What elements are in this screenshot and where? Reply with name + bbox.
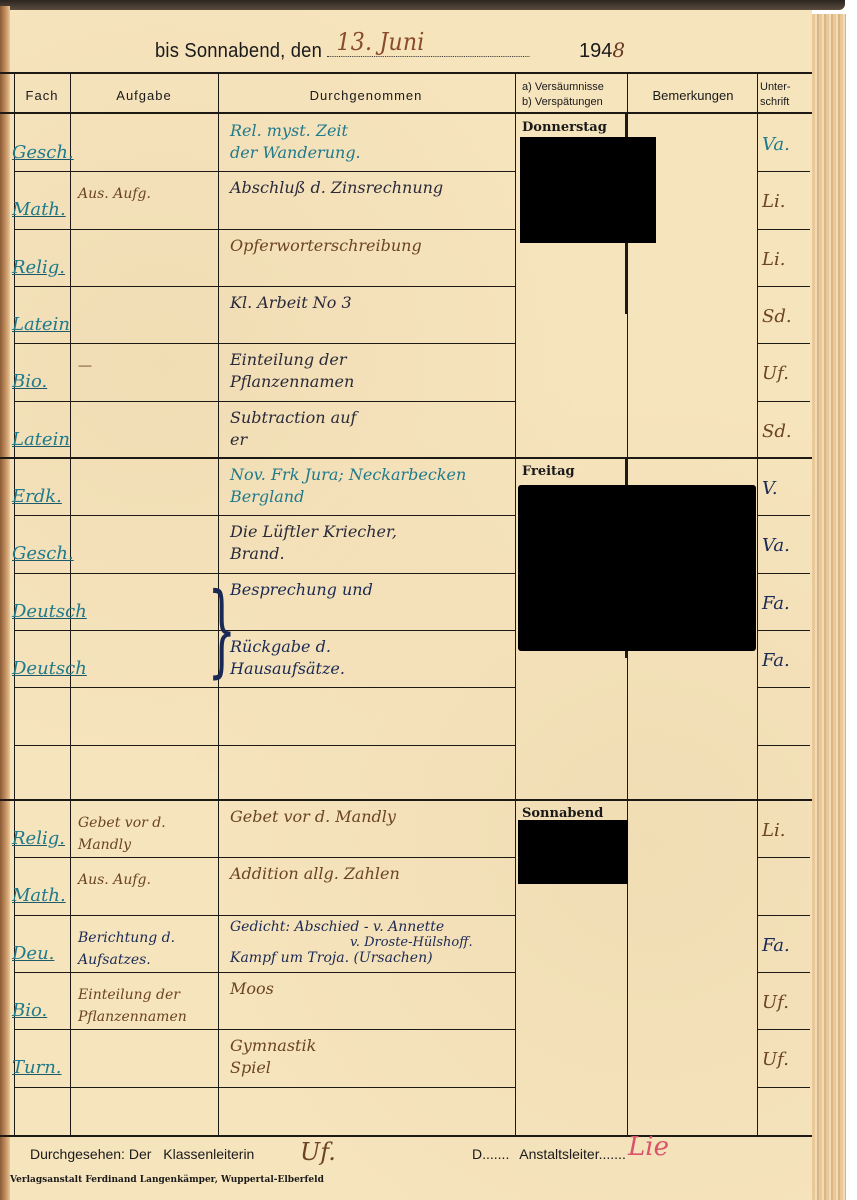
durchgenommen-cell: Gebet vor d. Mandly	[230, 806, 396, 828]
durchgenommen-cell: Moos	[230, 978, 274, 1000]
redacted-block	[520, 137, 656, 243]
signature-cell: Li.	[762, 191, 785, 212]
aufgabe-cell: Berichtung d. Aufsatzes.	[78, 927, 216, 971]
signature-cell: Uf.	[762, 363, 789, 384]
row-line	[757, 857, 810, 858]
redacted-block	[518, 820, 628, 884]
durchgenommen-line: Subtraction auf	[230, 407, 356, 429]
durchgenommen-line: Gedicht: Abschied - v. Annette	[230, 919, 473, 936]
durchgenommen-cell: Besprechung und	[230, 579, 373, 601]
durchgenommen-line: Rel. myst. Zeit	[230, 120, 361, 142]
subject-cell: Bio.	[12, 371, 82, 392]
row-line	[14, 1029, 515, 1030]
aufgabe-cell: —	[78, 355, 216, 377]
signature-cell: Fa.	[762, 935, 790, 956]
row-line	[14, 1087, 515, 1088]
col-header-aufgabe: Aufgabe	[70, 88, 218, 103]
year-field: 1948	[579, 38, 625, 63]
unterschrift-label-1: Unter-	[760, 80, 810, 95]
subject-cell: Latein	[12, 314, 82, 335]
signature-cell: Uf.	[762, 1049, 789, 1070]
book-binding	[0, 6, 10, 1200]
durchgenommen-cell: Addition allg. Zahlen	[230, 863, 400, 885]
durchgenommen-cell: Abschluß d. Zinsrechnung	[230, 177, 443, 199]
durchgenommen-cell: Gedicht: Abschied - v. Annettev. Droste-…	[230, 919, 473, 967]
day-divider	[0, 457, 812, 459]
col-header-bemerkungen: Bemerkungen	[628, 88, 758, 103]
year-handwritten: 8	[612, 38, 625, 62]
subject-cell: Math.	[12, 199, 82, 220]
signature-cell: Uf.	[762, 992, 789, 1013]
durchgenommen-line: Rückgabe d.	[230, 636, 345, 658]
row-line	[14, 745, 515, 746]
durchgenommen-cell: Nov. Frk Jura; NeckarbeckenBergland	[230, 464, 466, 508]
day-label-sonnabend: Sonnabend	[522, 806, 603, 821]
row-line	[14, 915, 515, 916]
book-cover-edge	[0, 0, 845, 10]
date-handwritten: 13. Juni	[337, 28, 425, 56]
anstaltsleiter-prefix: D.......	[472, 1146, 509, 1162]
week-header: bis Sonnabend, den 13. Juni	[155, 38, 530, 63]
signature-cell: Fa.	[762, 593, 790, 614]
anstaltsleiter-signature: Lie	[628, 1132, 669, 1162]
footer-anstaltsleiter: D....... Anstaltsleiter.......	[472, 1146, 626, 1162]
year-printed: 194	[579, 40, 612, 62]
klassenleiter-label: Klassenleiterin	[163, 1146, 254, 1162]
durchgenommen-cell: Subtraction aufer	[230, 407, 356, 451]
signature-cell: Va.	[762, 535, 790, 556]
row-line	[757, 401, 810, 402]
page-edges	[812, 14, 846, 1200]
durchgenommen-line: Moos	[230, 978, 274, 1000]
durchgenommen-cell: Kl. Arbeit No 3	[230, 292, 352, 314]
subject-cell: Deutsch	[12, 658, 82, 679]
date-field: 13. Juni	[327, 38, 529, 57]
table-top-line	[0, 72, 812, 74]
signature-cell: Li.	[762, 249, 785, 270]
day-label-donnerstag: Donnerstag	[522, 120, 607, 135]
durchgenommen-line: Kl. Arbeit No 3	[230, 292, 352, 314]
row-line	[14, 857, 515, 858]
durchgenommen-line: er	[230, 429, 356, 451]
durchgenommen-line: Opferworterschreibung	[230, 235, 422, 257]
row-line	[14, 972, 515, 973]
row-line	[757, 1087, 810, 1088]
row-line	[14, 573, 515, 574]
row-line	[757, 745, 810, 746]
col-header-durchgenommen: Durchgenommen	[218, 88, 514, 103]
durchgenommen-line: Brand.	[230, 543, 397, 565]
klassenleiter-signature: Uf.	[300, 1138, 336, 1166]
day-divider	[0, 799, 812, 801]
row-line	[14, 401, 515, 402]
durchgenommen-line: Nov. Frk Jura; Neckarbecken	[230, 464, 466, 486]
subject-cell: Deutsch	[12, 601, 82, 622]
aufgabe-cell: Aus. Aufg.	[78, 183, 216, 205]
day-label-freitag: Freitag	[522, 464, 575, 479]
durchgenommen-line: Abschluß d. Zinsrechnung	[230, 177, 443, 199]
durchgenommen-line: Einteilung der	[230, 349, 354, 371]
column-divider	[515, 72, 516, 1135]
subject-cell: Relig.	[12, 828, 82, 849]
table-bottom-line	[0, 1135, 812, 1137]
footer-durchgesehen: Durchgesehen: Der Klassenleiterin	[30, 1146, 254, 1162]
row-line	[14, 229, 515, 230]
row-line	[14, 171, 515, 172]
subject-cell: Turn.	[12, 1057, 82, 1078]
row-line	[757, 573, 810, 574]
row-line	[757, 1029, 810, 1030]
durchgenommen-cell: Einteilung derPflanzennamen	[230, 349, 354, 393]
col-header-fach: Fach	[14, 88, 70, 103]
row-line	[757, 687, 810, 688]
unterschrift-label-2: schrift	[760, 95, 810, 110]
subject-cell: Deu.	[12, 943, 82, 964]
signature-cell: Fa.	[762, 650, 790, 671]
durchgenommen-line: Spiel	[230, 1057, 316, 1079]
row-line	[14, 515, 515, 516]
aufgabe-cell: Gebet vor d. Mandly	[78, 812, 216, 856]
row-line	[757, 972, 810, 973]
row-line	[757, 343, 810, 344]
column-divider	[757, 72, 758, 1135]
durchgenommen-cell: Rückgabe d.Hausaufsätze.	[230, 636, 345, 680]
durchgenommen-cell: GymnastikSpiel	[230, 1035, 316, 1079]
durchgesehen-label: Durchgesehen: Der	[30, 1146, 151, 1162]
subject-cell: Bio.	[12, 1000, 82, 1021]
anstaltsleiter-label: Anstaltsleiter.......	[519, 1146, 626, 1162]
redacted-block	[518, 485, 756, 651]
versaeumnisse-label: a) Versäumnisse	[522, 80, 626, 95]
aufgabe-cell: Einteilung der Pflanzennamen	[78, 984, 216, 1028]
durchgenommen-line: Besprechung und	[230, 579, 373, 601]
row-line	[757, 229, 810, 230]
col-header-versaeumnisse: a) Versäumnisse b) Verspätungen	[522, 80, 626, 110]
row-line	[14, 687, 515, 688]
verspaetungen-label: b) Verspätungen	[522, 95, 626, 110]
col-header-unterschrift: Unter- schrift	[760, 80, 810, 110]
durchgenommen-cell: Die Lüftler Kriecher,Brand.	[230, 521, 397, 565]
signature-cell: Sd.	[762, 306, 792, 327]
header-bottom-line	[0, 112, 812, 114]
durchgenommen-line: Gebet vor d. Mandly	[230, 806, 396, 828]
durchgenommen-cell: Rel. myst. Zeitder Wanderung.	[230, 120, 361, 164]
row-line	[14, 630, 515, 631]
row-line	[757, 915, 810, 916]
durchgenommen-line: Kampf um Troja. (Ursachen)	[230, 950, 473, 967]
durchgenommen-line: Addition allg. Zahlen	[230, 863, 400, 885]
row-line	[757, 286, 810, 287]
durchgenommen-line: Hausaufsätze.	[230, 658, 345, 680]
durchgenommen-line: v. Droste-Hülshoff.	[230, 936, 473, 950]
durchgenommen-line: Die Lüftler Kriecher,	[230, 521, 397, 543]
durchgenommen-line: Gymnastik	[230, 1035, 316, 1057]
subject-cell: Math.	[12, 885, 82, 906]
brace-mark: }	[207, 580, 236, 680]
durchgenommen-line: Pflanzennamen	[230, 371, 354, 393]
durchgenommen-line: Bergland	[230, 486, 466, 508]
signature-cell: Sd.	[762, 421, 792, 442]
aufgabe-cell: Aus. Aufg.	[78, 869, 216, 891]
subject-cell: Erdk.	[12, 486, 82, 507]
subject-cell: Gesch.	[12, 142, 82, 163]
header-prefix: bis Sonnabend, den	[155, 40, 322, 62]
subject-cell: Relig.	[12, 257, 82, 278]
row-line	[757, 171, 810, 172]
durchgenommen-cell: Opferworterschreibung	[230, 235, 422, 257]
row-line	[14, 286, 515, 287]
signature-cell: Va.	[762, 134, 790, 155]
subject-cell: Latein	[12, 429, 82, 450]
row-line	[757, 515, 810, 516]
printer-imprint: Verlagsanstalt Ferdinand Langenkämper, W…	[10, 1175, 324, 1185]
durchgenommen-line: der Wanderung.	[230, 142, 361, 164]
signature-cell: V.	[762, 478, 778, 499]
row-line	[14, 343, 515, 344]
subject-cell: Gesch.	[12, 543, 82, 564]
row-line	[757, 630, 810, 631]
signature-cell: Li.	[762, 820, 785, 841]
